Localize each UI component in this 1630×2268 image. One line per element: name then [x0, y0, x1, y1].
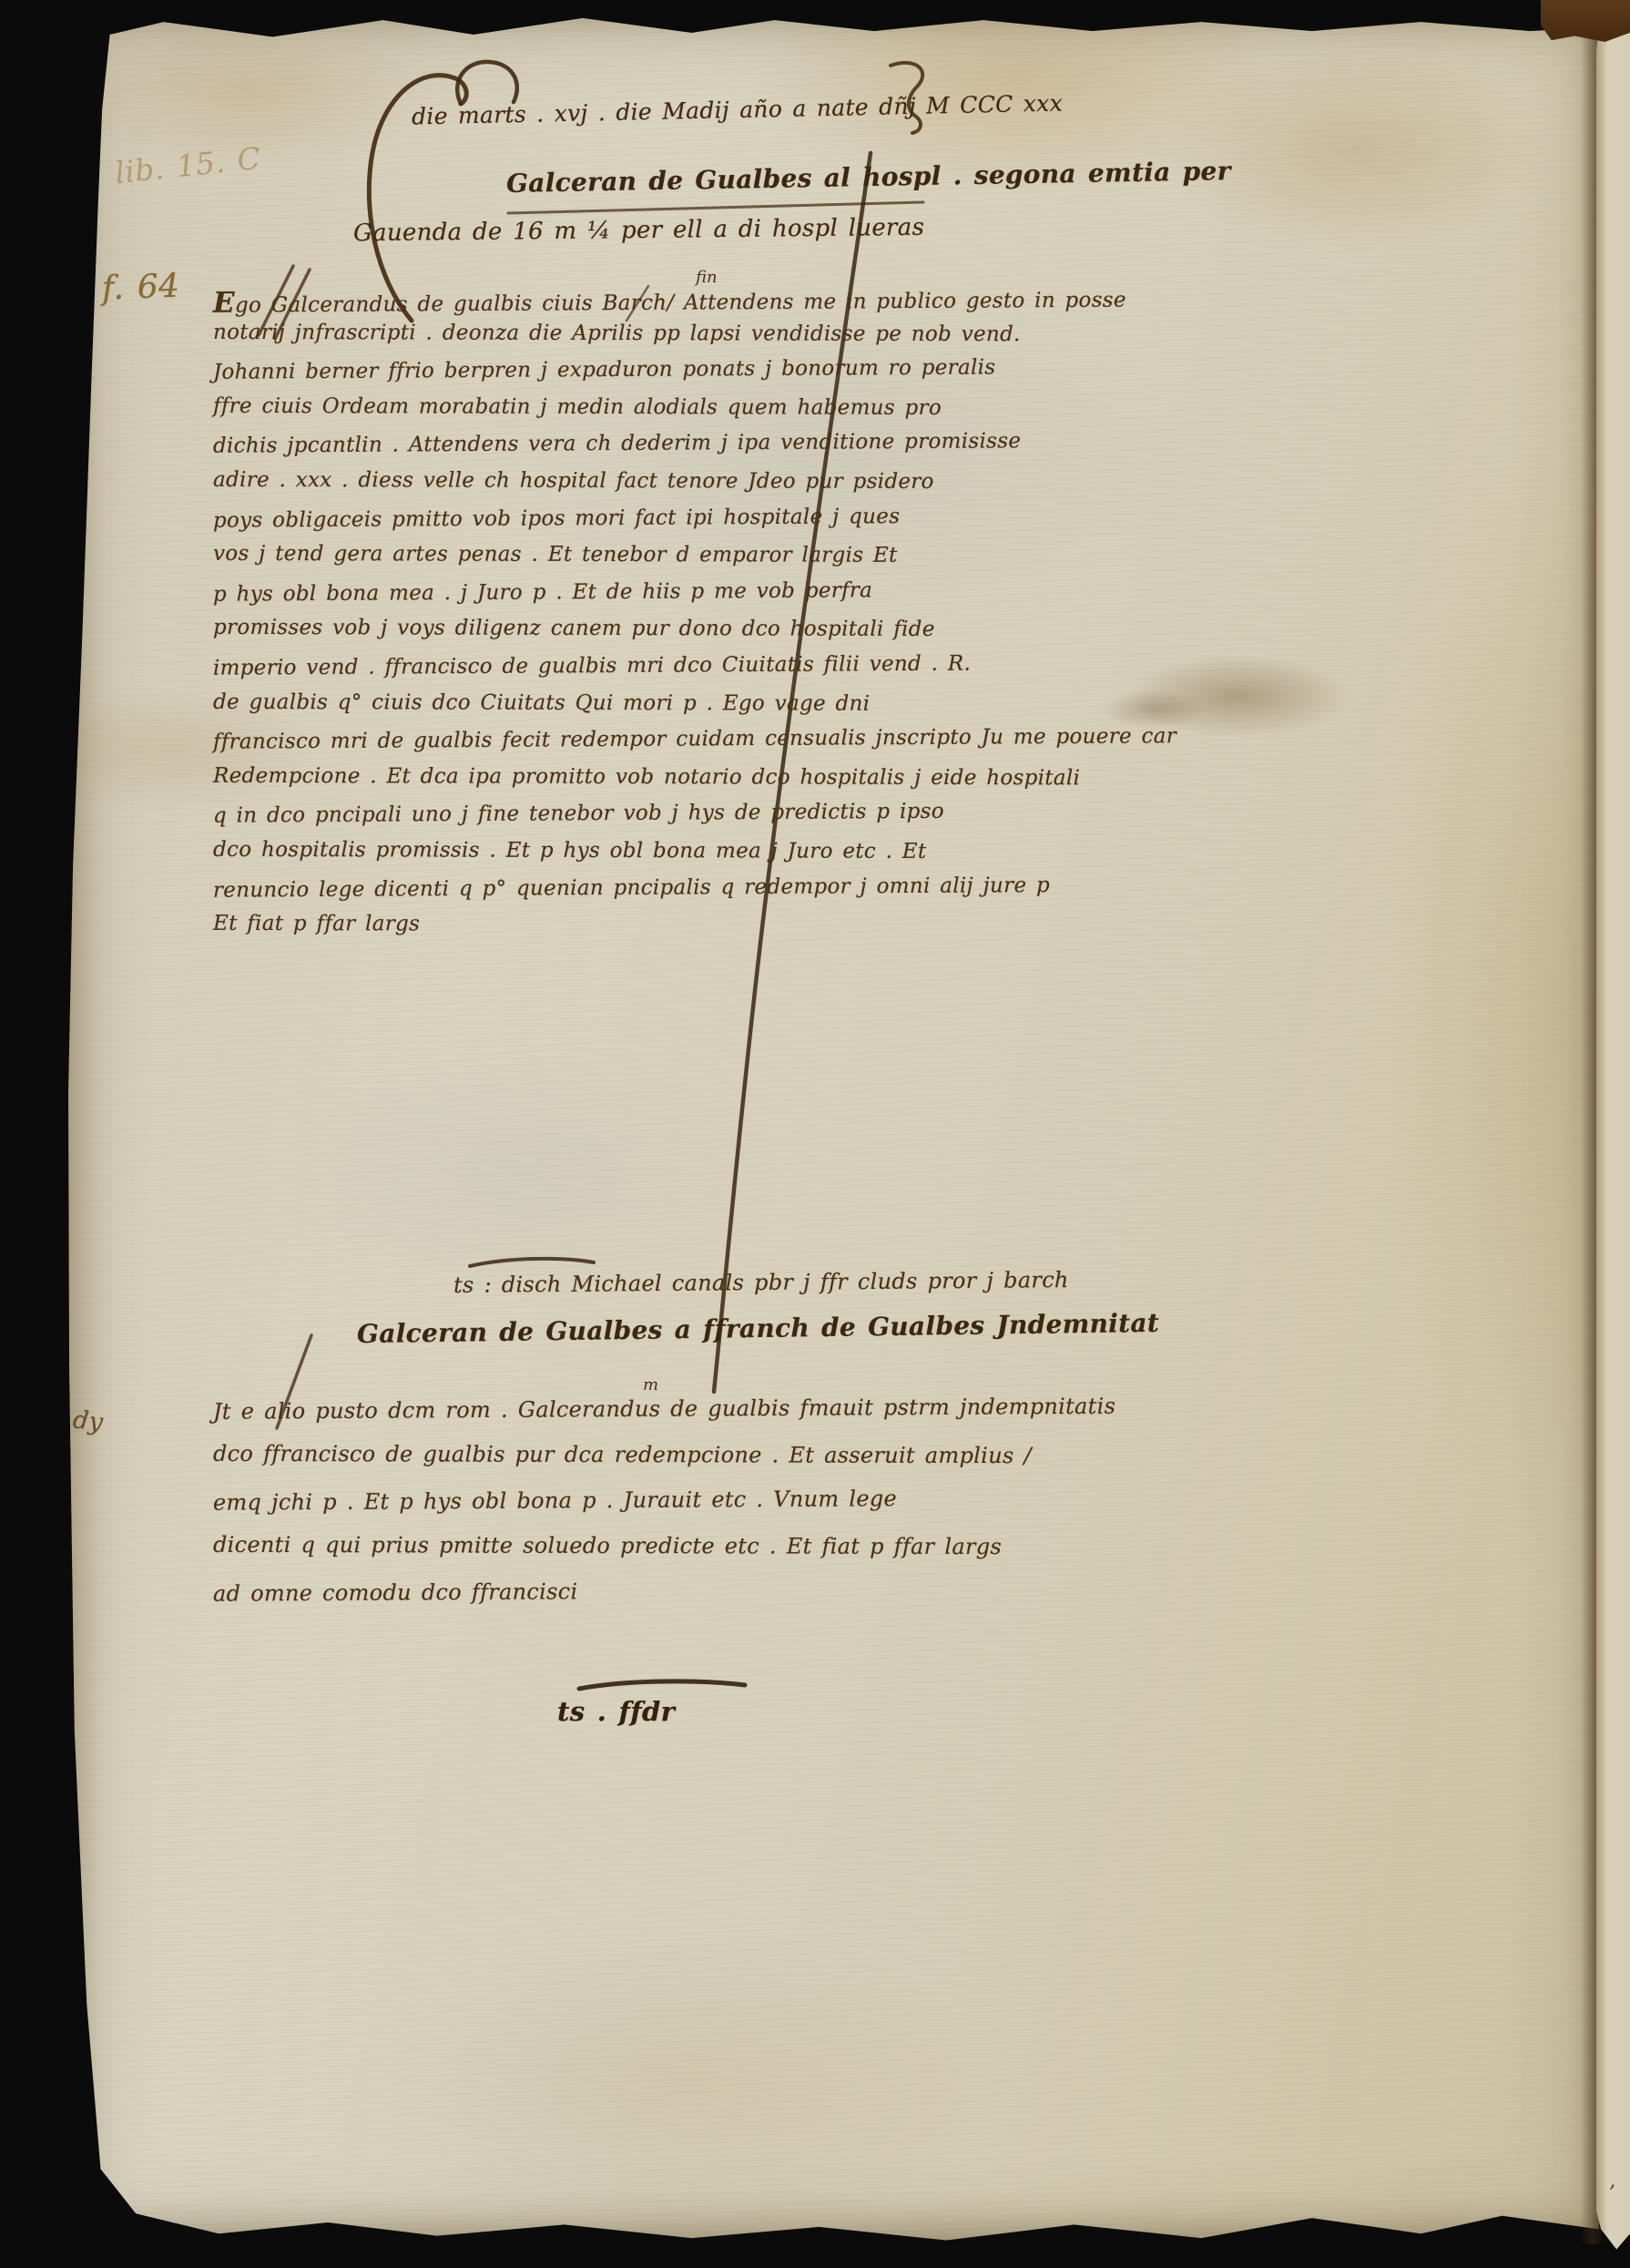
- manuscript-line: imperio vend . ffrancisco de gualbis mri…: [213, 651, 1014, 693]
- manuscript-line: promisses vob j voys diligenz canem pur …: [213, 616, 1014, 655]
- entry2-text-block: Jt e alio pusto dcm rom . Galcerandus de…: [213, 1396, 1033, 1624]
- scan-background: { "margin_notes": { "shelfmark_faint": "…: [0, 0, 1630, 2268]
- manuscript-line: p hys obl bona mea . j Juro p . Et de hi…: [213, 577, 1014, 619]
- manuscript-line: vos j tend gera artes penas . Et tenebor…: [213, 542, 1014, 581]
- manuscript-line: emq jchi p . Et p hys obl bona p . Jurau…: [213, 1485, 1033, 1535]
- manuscript-line: Jt e alio pusto dcm rom . Galcerandus de…: [213, 1394, 1033, 1444]
- witness-line: ts : disch Michael canals pbr j ffr clud…: [453, 1267, 1069, 1298]
- manuscript-line: renuncio lege dicenti q p° quenian pncip…: [213, 873, 1014, 915]
- ink-layer: lib. 15. C f. 64 dy die marts . xvj . di…: [0, 0, 1630, 2268]
- manuscript-line: poys obligaceis pmitto vob ipos mori fac…: [213, 504, 1014, 546]
- manuscript-line: notarij jnfrascripti . deonza die Aprili…: [213, 320, 1014, 359]
- manuscript-line: de gualbis q° ciuis dco Ciuitats Qui mor…: [213, 690, 1014, 729]
- closing-ts-overline: [579, 1681, 745, 1689]
- manuscript-line: dco ffrancisco de gualbis pur dca redemp…: [213, 1441, 1033, 1488]
- witness-ts-overline: [470, 1259, 594, 1266]
- manuscript-line: Johanni berner ffrio berpren j expaduron…: [213, 356, 1014, 398]
- manuscript-line: Redempcione . Et dca ipa promitto vob no…: [213, 764, 1014, 803]
- manuscript-line: dicenti q qui prius pmitte soluedo predi…: [213, 1532, 1033, 1579]
- margin-side-note: dy: [71, 1405, 104, 1436]
- margin-folio-number: f. 64: [101, 268, 180, 308]
- manuscript-line: Ego Galcerandus de gualbis ciuis Barch/ …: [213, 281, 1014, 323]
- entry2-superscript: m: [643, 1375, 658, 1395]
- manuscript-line: Et fiat p ffar largs: [213, 912, 1014, 951]
- manuscript-line: ffre ciuis Ordeam morabatin j medin alod…: [213, 394, 1014, 434]
- corner-mark: ʼ: [1608, 2182, 1615, 2205]
- manuscript-line: dichis jpcantlin . Attendens vera ch ded…: [213, 430, 1014, 472]
- manuscript-line: ad omne comodu dco ffrancisci: [213, 1576, 1033, 1626]
- manuscript-line: adire . xxx . diess velle ch hospital fa…: [213, 468, 1014, 507]
- entry1-text-block: Ego Galcerandus de gualbis ciuis Barch/ …: [213, 284, 1014, 950]
- closing-sigla: ts . ffdr: [557, 1696, 675, 1727]
- manuscript-line: ffrancisco mri de gualbis fecit redempor…: [213, 725, 1014, 767]
- manuscript-line: dco hospitalis promissis . Et p hys obl …: [213, 838, 1014, 877]
- manuscript-line: q in dco pncipali uno j fine tenebor vob…: [213, 800, 1014, 842]
